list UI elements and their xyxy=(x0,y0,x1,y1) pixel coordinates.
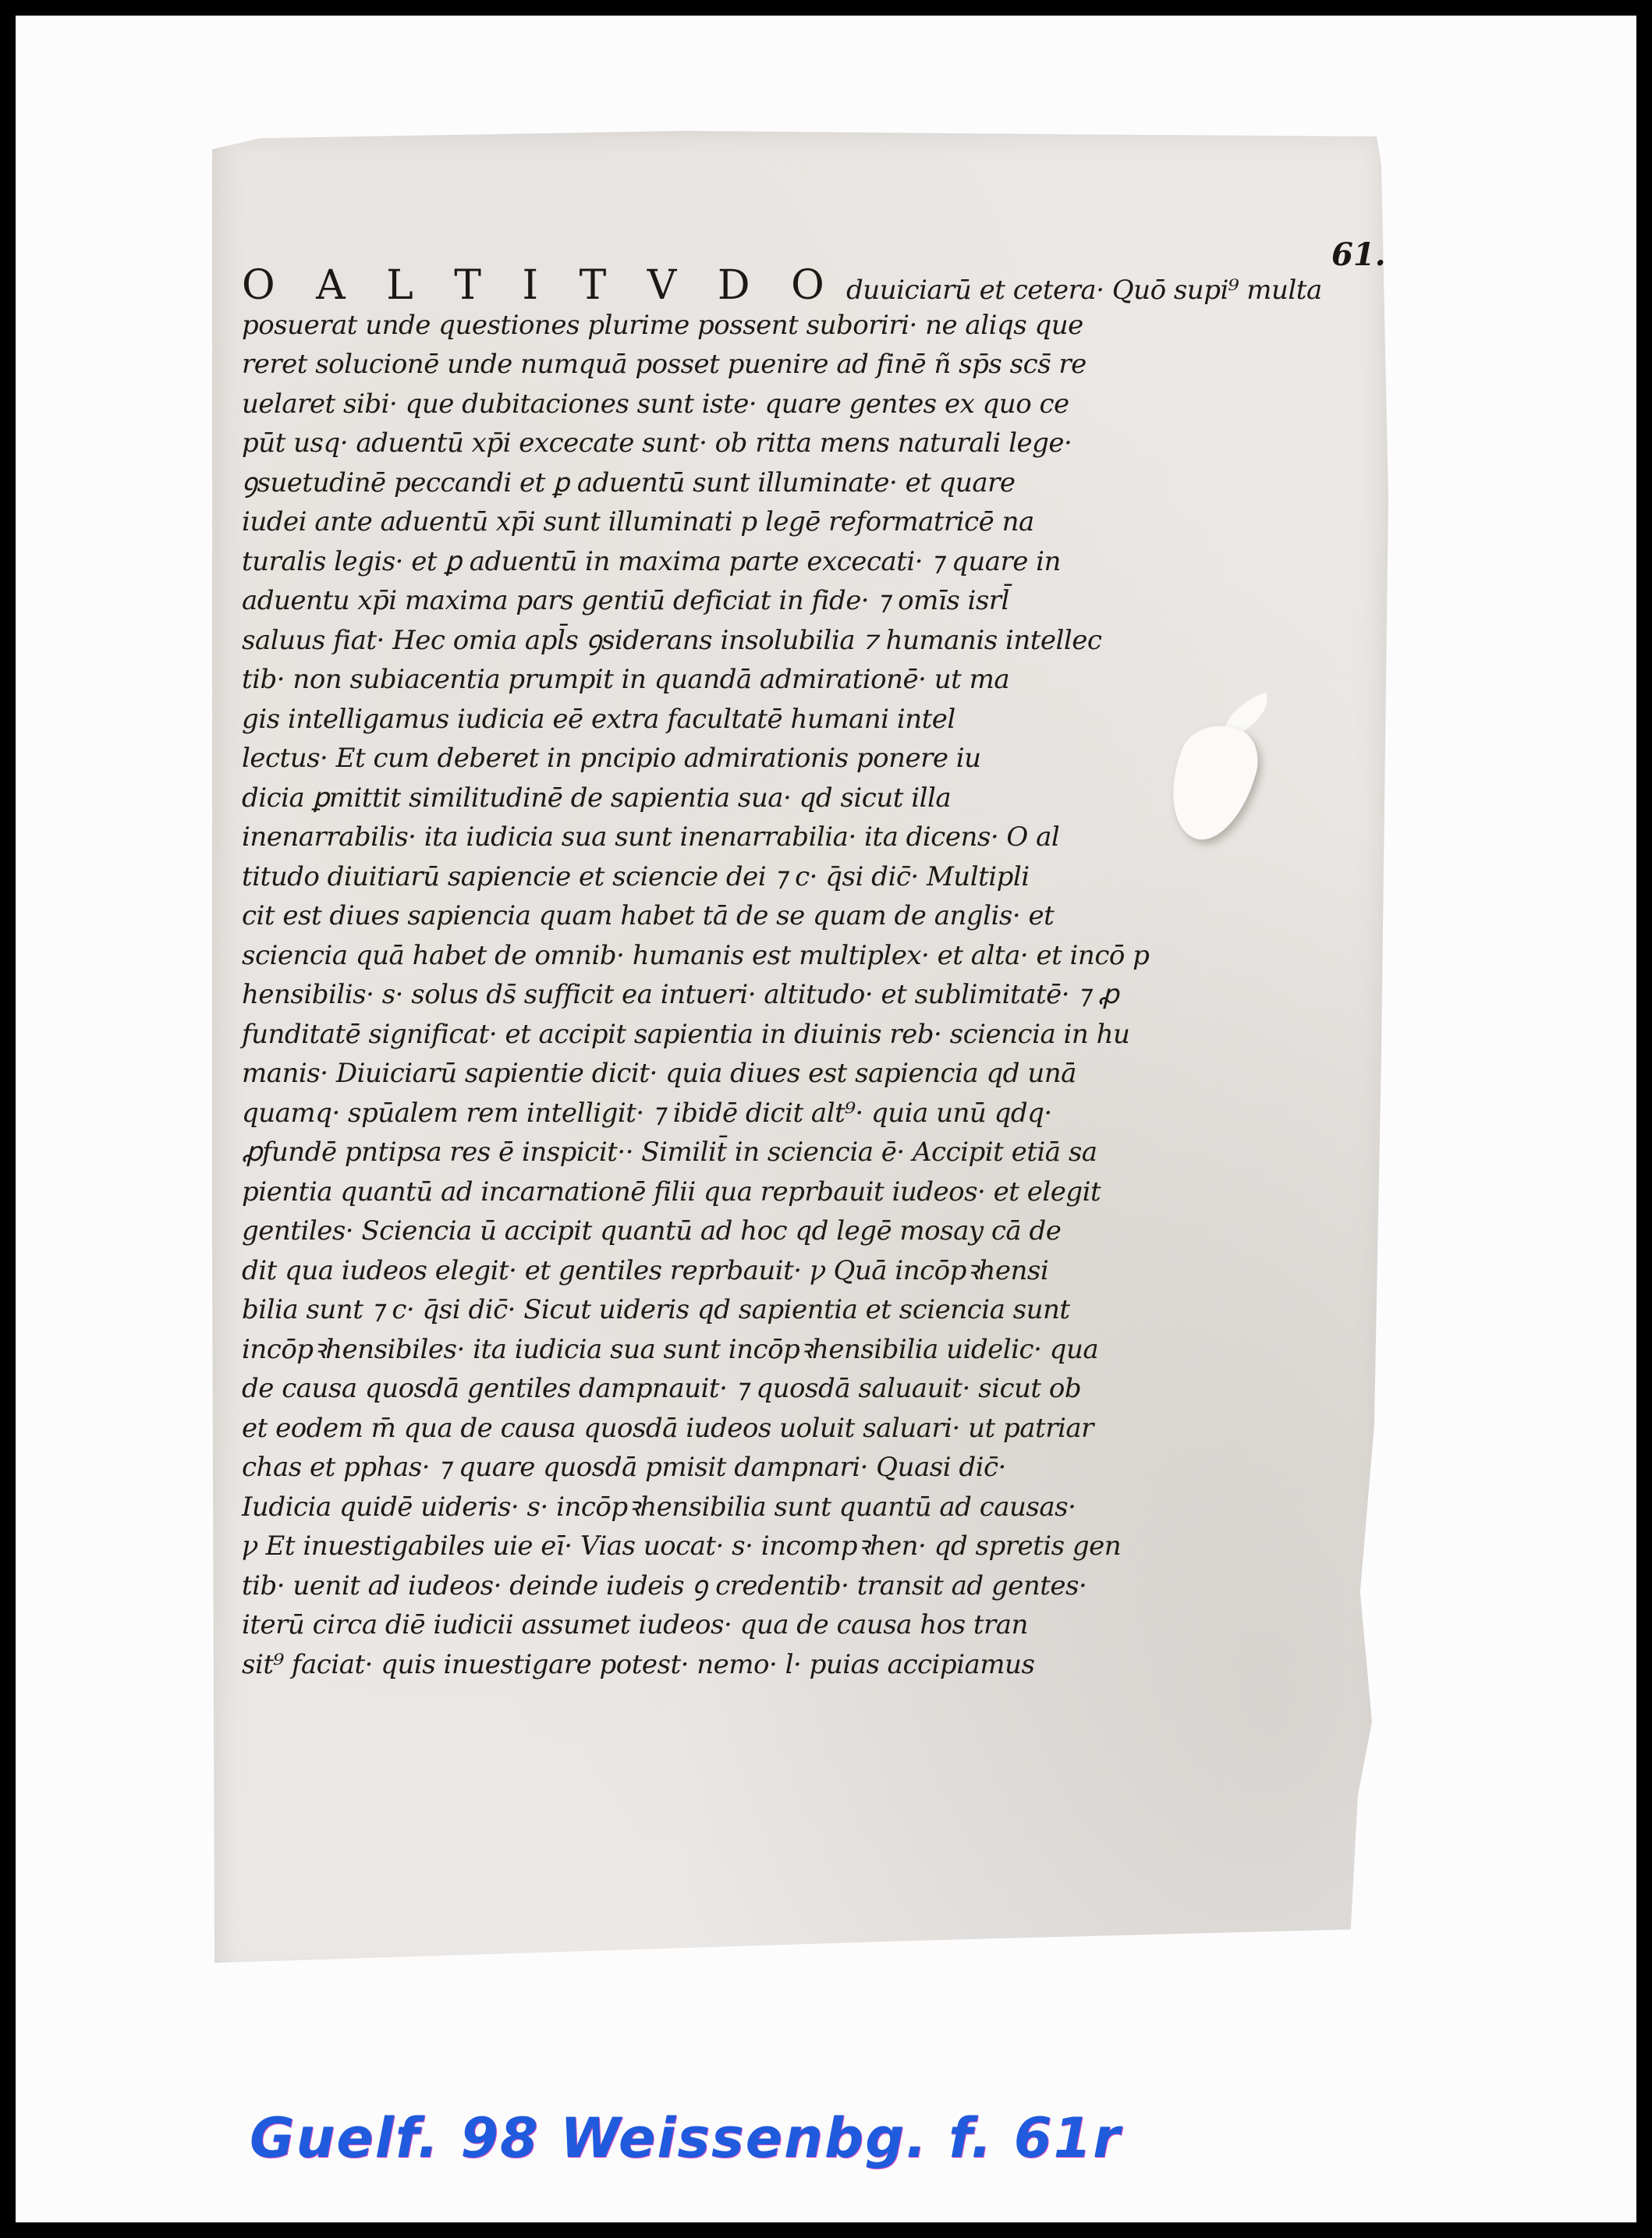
manuscript-line: reret solucionē unde numquā posset pueni… xyxy=(242,345,1357,385)
manuscript-line: quamq· spūalem rem intelligit· ⁊ ibidē d… xyxy=(242,1094,1357,1133)
manuscript-line: turalis legis· et ꝑ aduentū in maxima pa… xyxy=(242,542,1357,582)
manuscript-line-1: O A L T I T V D O duuiciarū et cetera· Q… xyxy=(242,266,1357,306)
manuscript-line: funditatē significat· et accipit sapient… xyxy=(242,1015,1357,1055)
manuscript-line: de causa quosdā gentiles dampnauit· ⁊ qu… xyxy=(242,1369,1357,1409)
manuscript-line: ꝩ Et inuestigabiles uie eī· Vias uocat· … xyxy=(242,1527,1357,1566)
manuscript-line: iudei ante aduentū xp̄i sunt illuminati … xyxy=(242,502,1357,542)
manuscript-line: pūt usq· aduentū xp̄i excecate sunt· ob … xyxy=(242,424,1357,463)
manuscript-line: Iudicia quidē uideris· s· incōpꝛhensibil… xyxy=(242,1488,1357,1527)
photo-frame: 61. O A L T I T V D O duuiciarū et ceter… xyxy=(16,16,1636,2222)
shelfmark-caption: Guelf. 98 Weissenbg. f. 61r xyxy=(250,2106,1122,2170)
manuscript-line: tib· uenit ad iudeos· deinde iudeis ꝯ cr… xyxy=(242,1566,1357,1606)
manuscript-text-block: O A L T I T V D O duuiciarū et cetera· Q… xyxy=(242,266,1357,1684)
manuscript-line: saluus fiat· Hec omia apl̄s ꝯsiderans in… xyxy=(242,621,1357,661)
manuscript-line: chas et pphas· ⁊ quare quosdā pmisit dam… xyxy=(242,1448,1357,1488)
manuscript-line: hensibilis· s· solus ds̄ sufficit ea int… xyxy=(242,975,1357,1015)
manuscript-line: tib· non subiacentia prumpit in quandā a… xyxy=(242,660,1357,700)
manuscript-line: bilia sunt ⁊ c· q̄si dic̄· Sicut uideris… xyxy=(242,1290,1357,1330)
manuscript-line: titudo diuitiarū sapiencie et sciencie d… xyxy=(242,857,1357,897)
manuscript-line: gis intelligamus iudicia eē extra facult… xyxy=(242,700,1357,739)
manuscript-line: posuerat unde questiones plurime possent… xyxy=(242,306,1357,346)
manuscript-line: incōpꝛhensibiles· ita iudicia sua sunt i… xyxy=(242,1330,1357,1370)
manuscript-line: aduentu xp̄i maxima pars gentiū deficiat… xyxy=(242,581,1357,621)
manuscript-line: sit⁹ faciat· quis inuestigare potest· ne… xyxy=(242,1645,1357,1685)
decorated-initial: O A L T I T V D O xyxy=(242,262,838,309)
manuscript-line: sciencia quā habet de omnib· humanis est… xyxy=(242,936,1357,976)
manuscript-line: manis· Diuiciarū sapientie dicit· quia d… xyxy=(242,1054,1357,1094)
manuscript-line: cit est diues sapiencia quam habet tā de… xyxy=(242,896,1357,936)
manuscript-line: iterū circa diē iudicii assumet iudeos· … xyxy=(242,1605,1357,1645)
manuscript-line: pientia quantū ad incarnationē filii qua… xyxy=(242,1172,1357,1212)
manuscript-line: ꝯsuetudinē peccandi et ꝑ aduentū sunt il… xyxy=(242,463,1357,503)
manuscript-line: ꝓfundē pntipsa res ē inspicit·· Similit̄… xyxy=(242,1133,1357,1172)
manuscript-line: et eodem m̄ qua de causa quosdā iudeos u… xyxy=(242,1409,1357,1449)
manuscript-line: gentiles· Sciencia ū accipit quantū ad h… xyxy=(242,1211,1357,1251)
line-text: duuiciarū et cetera· Quō supi⁹ multa xyxy=(846,275,1322,306)
manuscript-line: dit qua iudeos elegit· et gentiles reprb… xyxy=(242,1251,1357,1291)
manuscript-line: uelaret sibi· que dubitaciones sunt iste… xyxy=(242,385,1357,424)
manuscript-page: 61. O A L T I T V D O duuiciarū et ceter… xyxy=(212,127,1388,1981)
